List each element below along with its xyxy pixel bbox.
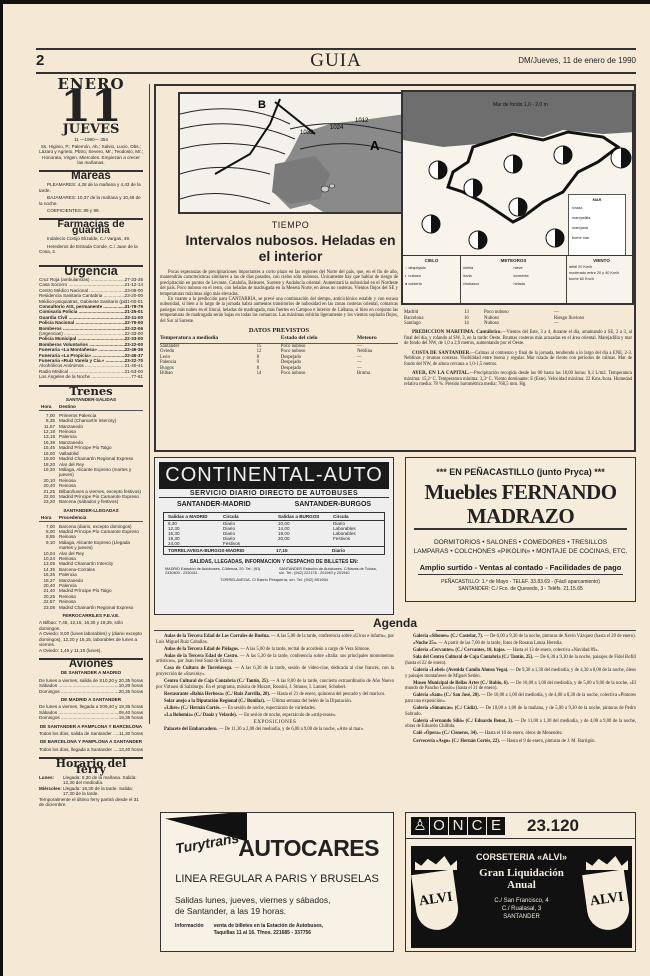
ferry-row: Miércoles:Llegada: 16,30 de la tarde. Sa…	[39, 786, 143, 797]
ad-route: LINEA REGULAR A PARIS Y BRUSELAS	[161, 873, 393, 885]
muebles-madrazo-ad: *** EN PEÑACASTILLO (junto Pryca) *** Mu…	[405, 457, 636, 602]
train-row: 23,08Madrid Chamartín Regional Expreso	[39, 605, 143, 610]
isobar-map-graphic: B 1032 1024 A 1012	[180, 94, 403, 214]
ad-info: Información venta de billetes en la Esta…	[175, 923, 323, 937]
agenda-right-column: Galería «Sibones» (C./ Castelar, 7). — D…	[405, 634, 636, 746]
calendar-day: 11	[39, 87, 143, 127]
table-row: TORRELAVEGA-BURGOS-MADRID17,15Diario	[164, 546, 384, 554]
once-alvi-ad: ♙ O N C E 23.120 ALVI ALVI CORSETERIA «A…	[405, 812, 636, 952]
agenda-item: Solar anejo a la Diputación Regional (C.…	[156, 699, 394, 705]
agenda-item: Galería «Simancas» (C./ Cádiz). — De 10,…	[405, 706, 636, 717]
ad-slogan: Amplio surtido - Ventas al contado - Fac…	[418, 563, 623, 575]
flight-block-heading: DE SANTANDER A PAMPLONA Y BARCELONA	[39, 724, 143, 729]
svg-text:1032: 1032	[300, 130, 314, 136]
flight-block-heading: DE MADRID A SANTANDER	[39, 697, 143, 702]
flight-line: Todos los días, llegada a Santander13,40…	[39, 747, 143, 752]
svg-text:B: B	[258, 99, 266, 111]
trenes-salidas-heading: SANTANDER-SALIDAS	[39, 397, 143, 402]
trenes-heading: Trenes	[39, 389, 143, 394]
ad-name: Muebles FERNANDO MADRAZO	[414, 480, 627, 530]
agenda-item: Palacete del Embarcadero. — De 11,30 a 2…	[156, 727, 394, 733]
datos-previstos-title: DATOS PREVISTOS	[160, 328, 398, 333]
agenda-item: Sala del Centro Cultural de Caja Cantabr…	[405, 655, 636, 666]
ad-offices: MADRID Estación de Autobuses, C/Alenza, …	[155, 567, 393, 575]
crown-icon	[415, 856, 457, 870]
farmacia-line: Herederos de Estrada Conde, C./ Juan de …	[39, 244, 143, 255]
agenda-item: Galería «Cervantes» (C./ Cervantes, 10, …	[405, 648, 636, 654]
col-header: Temperatura a mediodía	[160, 335, 281, 343]
header-bottom-rule	[36, 72, 636, 74]
weather-paragraph: Pocas esperanzas de precipitaciones impo…	[160, 270, 398, 297]
weather-section: B 1032 1024 A 1012 TIEMPO Intervalos nub…	[154, 84, 636, 452]
maritime-forecast: PREDICCION MARITIMA. Cantábrico.—Vientos…	[404, 330, 632, 392]
svg-text:1024: 1024	[330, 125, 344, 131]
once-logo: ♙ O N C E	[411, 817, 505, 835]
agenda-item: Aulas de la Tercera Edad de Los Corrales…	[156, 634, 394, 645]
agenda-item: Galería «Fernando Silió» (C./ Eduardo Be…	[405, 719, 636, 730]
flight-block-heading: DE BARCELONA Y PAMPLONA A SANTANDER	[39, 739, 143, 744]
agenda-item: Aulas de la Tercera Edad de Castro. — A …	[156, 654, 394, 665]
flight-block-heading: DE SANTANDER A MADRIO	[39, 670, 143, 675]
table-row: Bilbao14Poco nubosoBruma	[160, 371, 398, 376]
forecast-paragraph: COSTA DE SANTANDER.—Calmas al comienzo y…	[404, 351, 632, 368]
agenda-item: «Noche 25». — A partir de las 7,00 de la…	[405, 641, 636, 647]
ad-title: AUTOCARES	[238, 835, 379, 862]
shield-icon: ALVI	[411, 869, 461, 932]
bus-schedule-table: Salidas a MADRIDCirculaSalidas a BURGOSC…	[163, 512, 385, 555]
aviones-heading: Aviones	[39, 662, 143, 667]
flight-line: Todos los días, salida de Santander11,30…	[39, 731, 143, 736]
agenda-item: «La Bohemia» (C./ Daoiz y Velarde). — En…	[156, 713, 394, 719]
forecast-paragraph: AYER, EN LA CAPITAL.—Precipitación recog…	[404, 371, 632, 388]
urgencia-item: Los Ángeles de la Noche77-61	[39, 374, 143, 379]
ad-address: SANTANDER: C./ Fco. de Quevedo, 3 - Telé…	[406, 586, 635, 592]
datos-previstos-table: Temperatura a mediodía Estado del cielo …	[160, 335, 398, 376]
agenda-left-column: Aulas de la Tercera Edad de Los Corrales…	[156, 634, 394, 734]
agenda-item: Aulas de la Tercera Edad de Piélagos. — …	[156, 647, 394, 653]
ad-routes: SANTANDER-MADRIDSANTANDER-BURGOS	[155, 501, 393, 508]
train-row: 9,10Málaga, Alicante Expreso (Llegada ma…	[39, 540, 143, 551]
trenes-llegadas-heading: SANTANDER-LLEGADAS	[39, 508, 143, 513]
feve-line: A Bilbao: 7,45, 12,15, 16,30 y 18,35, só…	[39, 620, 143, 631]
flight-line: Domingos20,35 horas	[39, 689, 143, 694]
exposiciones-heading: EXPOSICIONES	[156, 720, 394, 726]
weather-paragraph: En cuanto a la predicción para CANTABRIA…	[160, 297, 398, 324]
once-result: ♙ O N C E 23.120	[406, 813, 635, 839]
ferry-note: Temporalmente el último ferry partirá de…	[39, 797, 143, 808]
urgencia-heading: Urgencia	[39, 269, 143, 274]
legend-cielo: CIELO ◌ despejado ◐ nuboso ● cubierto	[403, 256, 461, 303]
agenda-item: Cervecería «Asgo» (C./ Hernán Cortés, 22…	[405, 739, 636, 745]
weather-headline: Intervalos nubosos. Heladas en el interi…	[178, 232, 403, 264]
train-row: 23,20Barcena (sábados y festivos)	[39, 499, 143, 504]
feve-heading: FERROCARRILES F.E.V.E.	[39, 613, 143, 618]
agenda-item: «Libre» (C./ Hernán Cortés. — En sesión …	[156, 706, 394, 712]
shield-icon: ALVI	[582, 869, 632, 932]
person-icon: ♙	[411, 817, 429, 835]
flight-line: Domingos19,35 horas	[39, 715, 143, 720]
ad-products: DORMITORIOS • SALONES • COMEDORES • TRES…	[406, 539, 635, 546]
ad-schedule: Salidas lunes, jueves, viernes y sábados…	[175, 895, 330, 917]
continental-auto-ad: CONTINENTAL-AUTO SERVICIO DIARIO DIRECTO…	[154, 457, 394, 615]
agenda-item: Restaurante «Bahía Herbosa» (C./ Ruiz Zo…	[156, 692, 394, 698]
agenda-item: Casa de Cultura de Torrelavega. — A las …	[156, 666, 394, 677]
col-header: Meteoro	[357, 335, 398, 343]
farmacia-line: Indalecio Cortijo Elizalde, C./ Vargas, …	[39, 236, 143, 241]
mareas-line: COEFICIENTES: 89 y 89.	[39, 208, 143, 213]
agenda-heading: Agenda	[154, 616, 636, 630]
table-row: Santiago14Nuboso—	[404, 321, 632, 327]
ad-torrelavega: TORRELAVEGA. C/ Barrio Pesquería, s/n. T…	[155, 577, 393, 582]
ad-products: LAMPARAS • COLCHONES «PIKOLIN» • MONTAJE…	[406, 548, 635, 555]
europe-isobar-map: B 1032 1024 A 1012	[178, 92, 403, 214]
ad-address: PEÑACASTILLO: 1.º de Mayo - TELEF. 33.83…	[406, 579, 635, 585]
alvi-ad: ALVI ALVI CORSETERIA «ALVI» Gran Liquida…	[411, 846, 632, 948]
ferry-heading: Horario del ferry	[39, 761, 143, 772]
newspaper-page: 2 GUIA DM/Jueves, 11 de enero de 1990 EN…	[0, 0, 650, 976]
svg-text:A: A	[370, 138, 380, 153]
agenda-item: Galería «Lebel» (Avenida Camilo Alonso V…	[405, 668, 636, 679]
divider	[436, 630, 636, 631]
legend-viento: VIENTO débil 20 Km/h moderado entre 20 y…	[567, 256, 634, 303]
calendar-day-numbers: 11 —1990— 354	[39, 137, 143, 142]
svg-text:1012: 1012	[355, 118, 369, 124]
mareas-line: PLEAMARES: 4,28 de la mañana y 4,43 de l…	[39, 182, 143, 193]
ferry-row: Lunes:Llegada: 8,30 de la mañana. Salida…	[39, 775, 143, 786]
feve-line: A Oviedo: 1,45 y 11,15 (lunes).	[39, 648, 143, 653]
urgencia-list: Cruz Roja (ambulancias)27-33-35 Casa Soc…	[39, 277, 143, 380]
ad-brand: CONTINENTAL-AUTO	[159, 462, 389, 489]
alvi-text: CORSETERIA «ALVI» Gran LiquidaciónAnual …	[459, 852, 584, 921]
sea-state-legend: MAR rizada marejadilla marejada fuerte m…	[568, 194, 626, 260]
train-row: 19,30Málaga, Alicante Expreso (martes y …	[39, 467, 143, 478]
calendar-weekday: JUEVES	[39, 127, 143, 132]
mareas-line: BAJAMARES: 10,37 de la mañana y 10,46 de…	[39, 195, 143, 206]
forecast-paragraph: PREDICCION MARITIMA. Cantábrico.—Vientos…	[404, 330, 632, 347]
map-legend: CIELO ◌ despejado ◐ nuboso ● cubierto ME…	[403, 255, 632, 303]
weather-article: Pocas esperanzas de precipitaciones impo…	[160, 270, 398, 376]
turytrans-ad: Turytrans AUTOCARES LINEA REGULAR A PARI…	[160, 812, 394, 952]
ad-info-line: SALIDAS, LLEGADAS, INFORMACION Y DESPACH…	[155, 559, 393, 565]
agenda-item: Galería «Sam» (C./ San José, 20). — De 1…	[405, 693, 636, 704]
agenda-item: Centro Cultural de Caja Cantabria (C./ T…	[156, 679, 394, 690]
col-header: Estado del cielo	[281, 335, 357, 343]
divider	[154, 630, 354, 631]
table-row: 24,00Festivos	[164, 541, 384, 546]
trenes-llegadas-header: HoraProcedencia	[39, 515, 143, 521]
trenes-salidas-header: HoraDestino	[39, 404, 143, 410]
crown-icon	[586, 856, 628, 870]
once-winning-number: 23.120	[527, 816, 579, 836]
agenda-item: Galería «Sibones» (C./ Castelar, 7). — D…	[405, 634, 636, 640]
ad-location: *** EN PEÑACASTILLO (junto Pryca) ***	[406, 467, 635, 477]
ad-subtitle: SERVICIO DIARIO DIRECTO DE AUTOBUSES	[159, 490, 389, 498]
farmacias-heading: Farmacias de guardia	[39, 222, 143, 233]
agenda-item: Museo Municipal de Bellas Artes (C./ Rub…	[405, 681, 636, 692]
cantabria-forecast-map: Mar de fondo 1,0 - 2,0 m MAR rizada mare…	[401, 90, 634, 305]
page-header: 2 GUIA DM/Jueves, 11 de enero de 1990	[36, 52, 636, 72]
mareas-heading: Mareas	[39, 174, 143, 179]
city-forecast-table: Madrid13Poco nuboso— Barcelona16NubosoRi…	[404, 310, 632, 327]
feve-line: A Oviedo: 8,00 (lunes laborables) y (dia…	[39, 631, 143, 647]
svg-text:Mar de fondo 1,0 - 2,0 m: Mar de fondo 1,0 - 2,0 m	[493, 102, 548, 108]
legend-meteoros: METEOROS niebla nieve lluvia tormenta ch…	[461, 256, 567, 303]
weather-section-label: TIEMPO	[178, 220, 403, 230]
date-line: DM/Jueves, 11 de enero de 1990	[518, 56, 636, 65]
guide-column: ENERO 11 JUEVES 11 —1990— 354 Ss. Higini…	[39, 80, 143, 807]
calendar-saints: Ss. Higinio, P.; Palemón, Ab.; Salvio, L…	[39, 144, 143, 165]
agenda-item: Café «Ópera» (C./ Cisneros, 34). — Hasta…	[405, 731, 636, 737]
column-divider	[149, 84, 150, 724]
